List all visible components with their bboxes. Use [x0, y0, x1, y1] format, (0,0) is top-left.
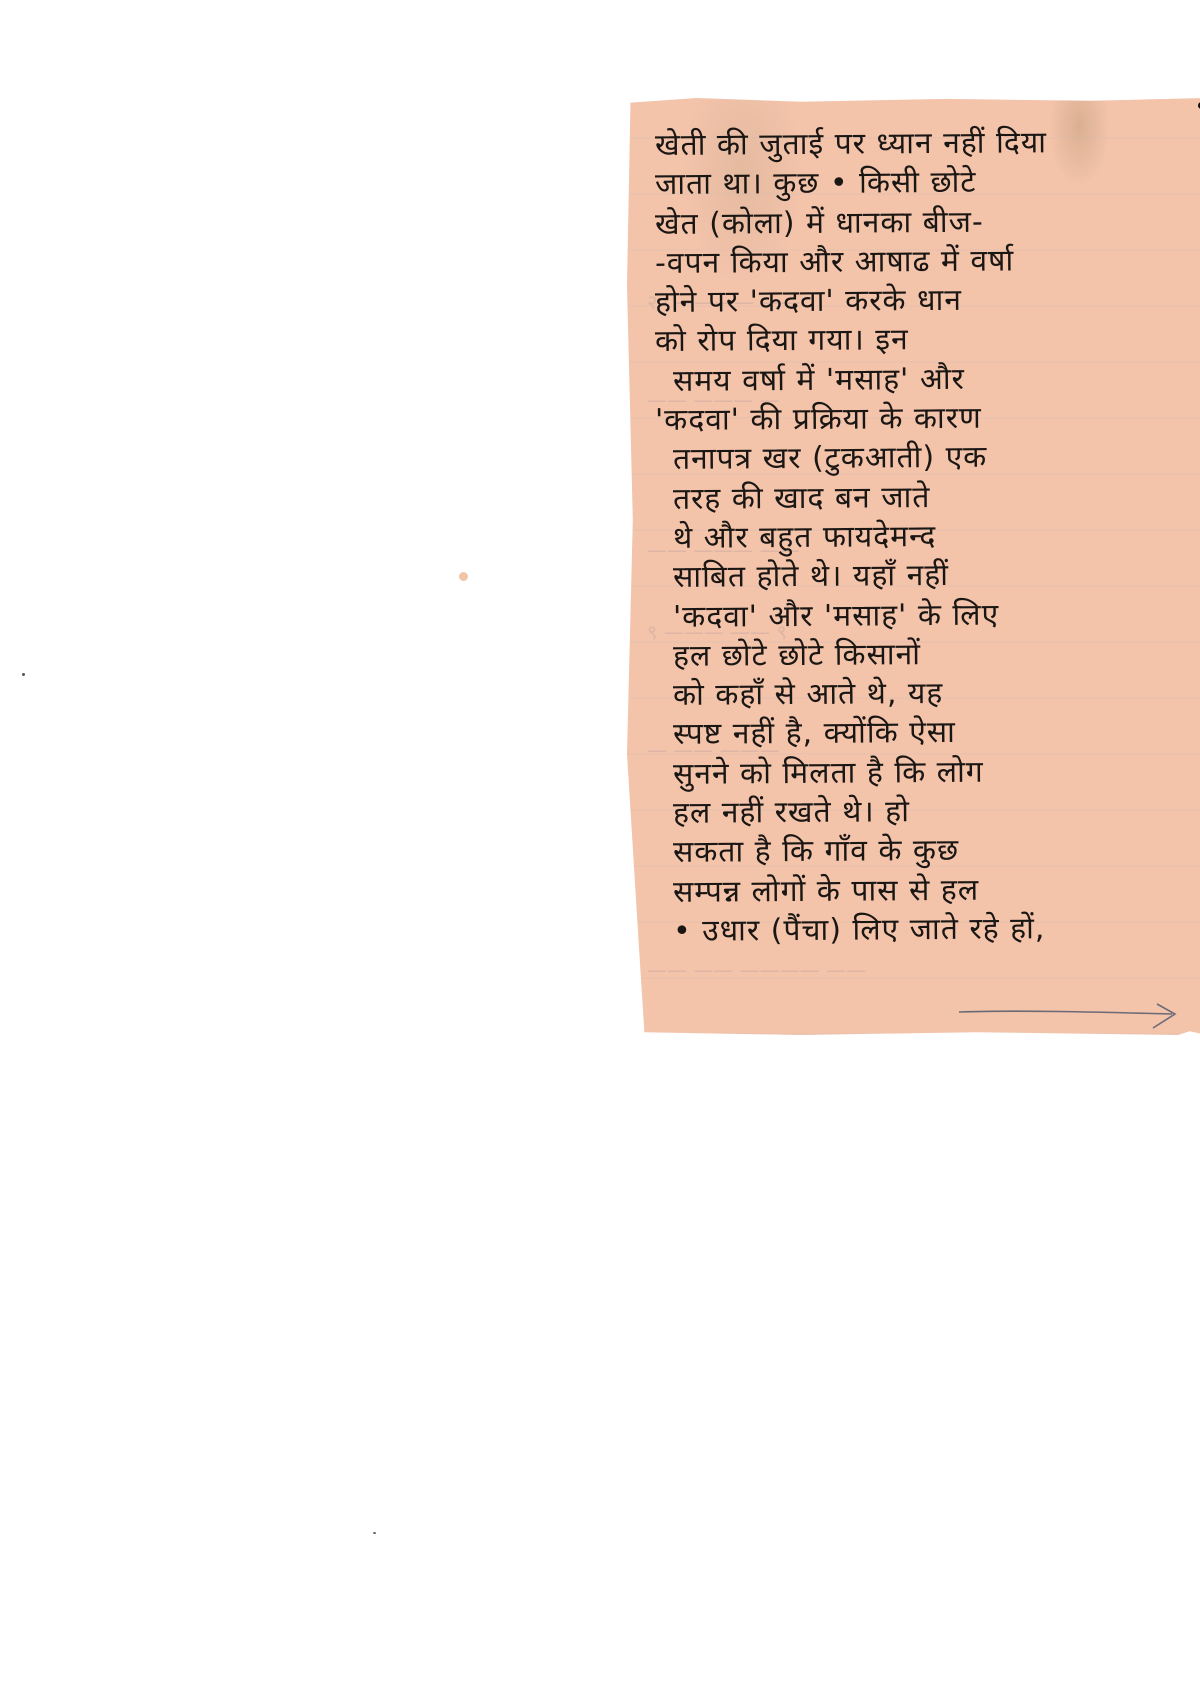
- scan-speck: [373, 1532, 376, 1534]
- text-line: साबित होते थे। यहाँ नहीं: [655, 554, 1195, 597]
- text-line: हल छोटे छोटे किसानों: [655, 633, 1195, 676]
- scan-speck: [22, 673, 25, 676]
- handwritten-page: २० ———— —— —— ——— — —— ——— —— ९ ——— —— ९…: [627, 98, 1200, 1035]
- text-line: जाता था। कुछ • किसी छोटे: [655, 162, 1195, 205]
- bleed-through-text: —— —— ———— ——: [647, 958, 866, 982]
- text-line: सकता है कि गाँव के कुछ: [655, 830, 1195, 873]
- text-line: सम्पन्न लोगों के पास से हल: [655, 869, 1195, 912]
- text-line: 'कदवा' की प्रक्रिया के कारण: [655, 397, 1195, 440]
- text-line: होने पर 'कदवा' करके धान: [655, 279, 1195, 322]
- text-line: 'कदवा' और 'मसाह' के लिए: [655, 594, 1195, 637]
- text-line: तरह की खाद बन जाते: [655, 476, 1195, 519]
- text-line: -वपन किया और आषाढ में वर्षा: [655, 240, 1195, 283]
- text-line: को रोप दिया गया। इन: [655, 319, 1195, 362]
- text-line: हल नहीं रखते थे। हो: [655, 790, 1195, 833]
- text-line: स्पष्ट नहीं है, क्योंकि ऐसा: [655, 712, 1195, 755]
- text-line: सुनने को मिलता है कि लोग: [655, 751, 1195, 794]
- text-line: तनापत्र खर (टुकआती) एक: [655, 437, 1195, 480]
- text-line: थे और बहुत फायदेमन्द: [655, 515, 1195, 558]
- text-line: समय वर्षा में 'मसाह' और: [655, 358, 1195, 401]
- text-body: खेती की जुताई पर ध्यान नहीं दिया जाता था…: [655, 126, 1195, 951]
- arrow-right-icon: [957, 1000, 1187, 1030]
- text-line: • उधार (पैंचा) लिए जाते रहे हों,: [655, 908, 1195, 951]
- text-line: खेत (कोला) में धानका बीज-: [655, 201, 1195, 244]
- scan-speck: [459, 572, 468, 581]
- text-line: को कहाँ से आते थे, यह: [655, 672, 1195, 715]
- text-line: खेती की जुताई पर ध्यान नहीं दिया: [655, 122, 1195, 165]
